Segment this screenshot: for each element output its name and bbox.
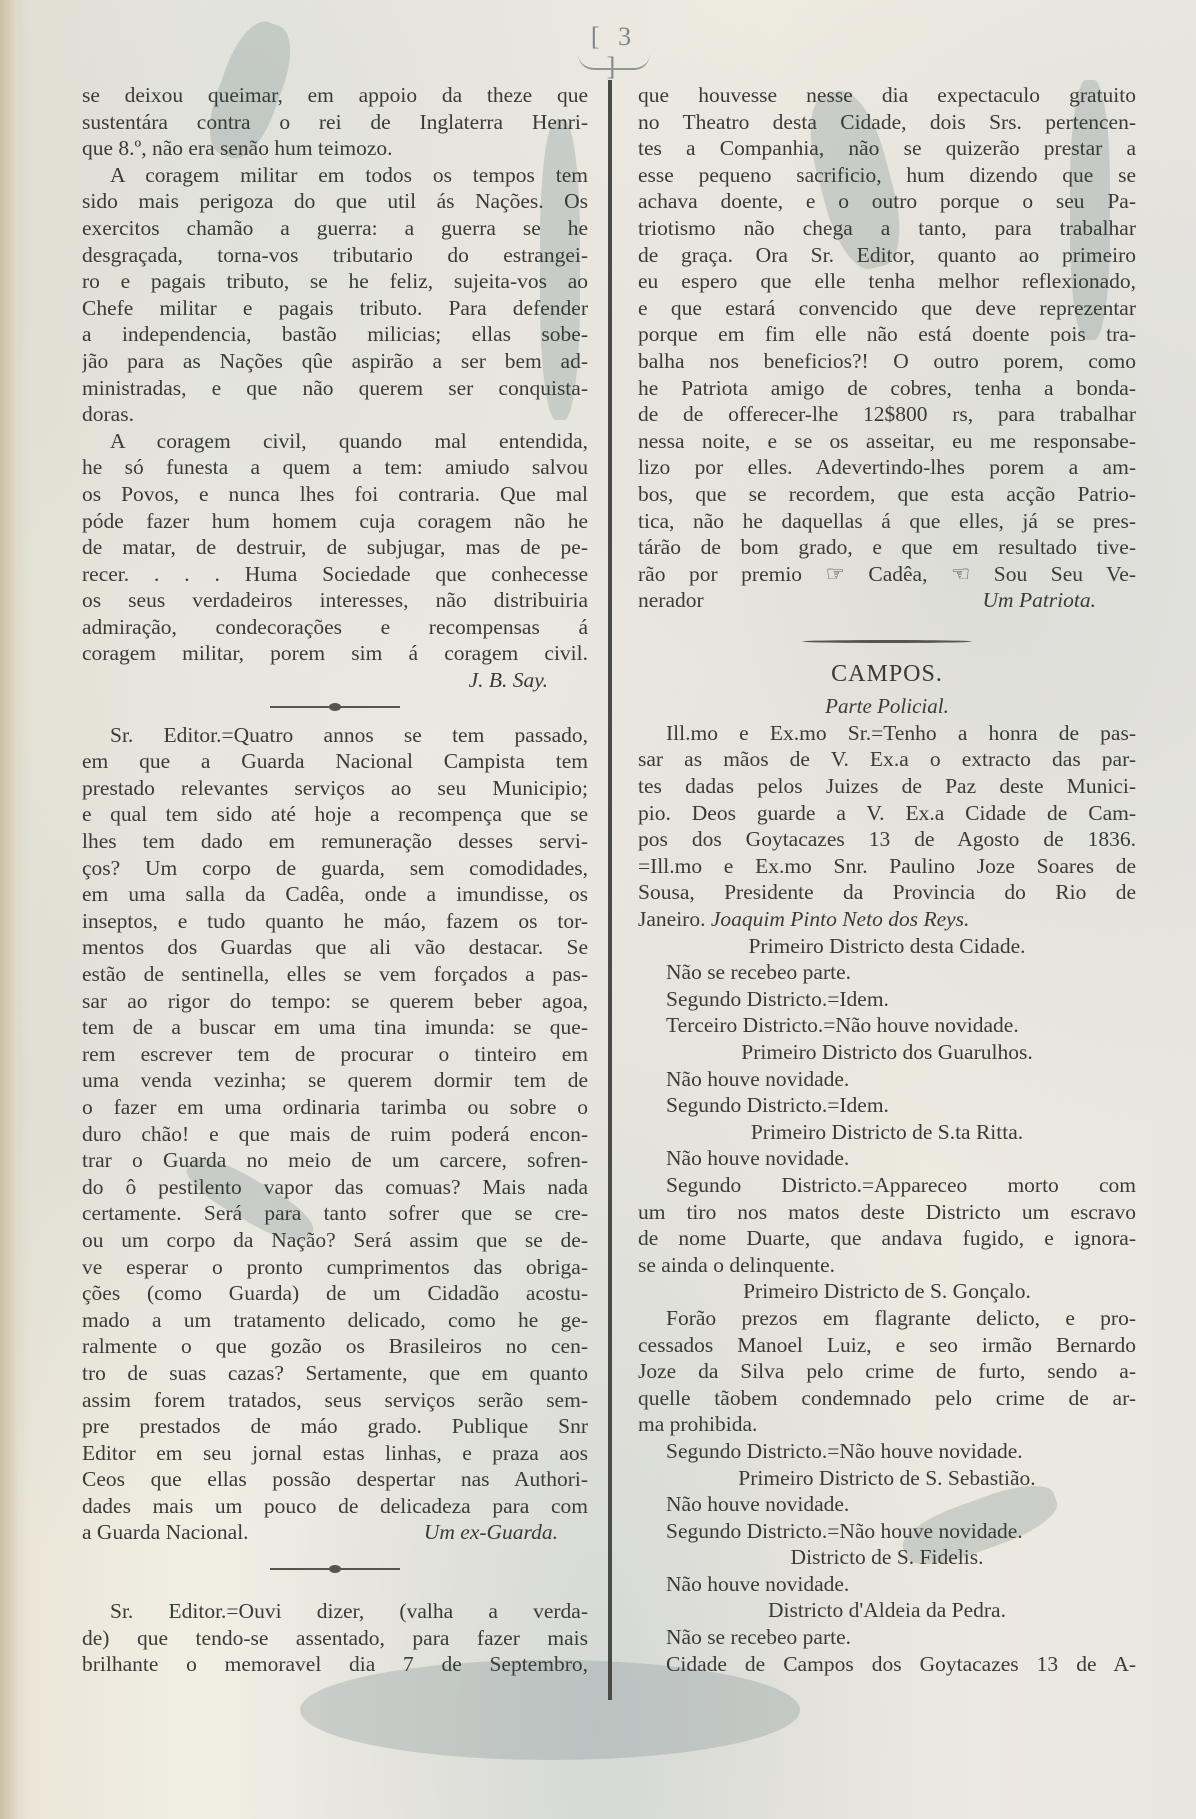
text-line: se deixou queimar, em appoio da theze qu… — [82, 82, 588, 109]
text-line: ou um corpo da Nação? Será assim que se … — [82, 1227, 588, 1254]
district-line: Segundo Districto.=Idem. — [638, 1092, 1136, 1119]
signature-say: J. B. Say. — [82, 667, 588, 694]
ornamental-rule — [82, 1556, 588, 1584]
text-line: de graça. Ora Sr. Editor, quanto ao prim… — [638, 242, 1136, 269]
text-line: pio. Deos guarde a V. Ex.a Cidade de Cam… — [638, 800, 1136, 827]
district-line: Terceiro Districto.=Não houve novidade. — [638, 1012, 1136, 1039]
section-title: CAMPOS. — [638, 656, 1136, 692]
district-line: Joze da Silva pelo crime de furto, sendo… — [638, 1358, 1136, 1385]
text-line: sido mais perigoza do que util ás Nações… — [82, 188, 588, 215]
text-line: do ô pestilento vapor das comuas? Mais n… — [82, 1174, 588, 1201]
district-line: Não houve novidade. — [638, 1491, 1136, 1518]
text-line: ve esperar o pronto cumprimentos das obr… — [82, 1254, 588, 1281]
text-line: trar o Guarda no meio de um carcere, sof… — [82, 1147, 588, 1174]
district-title: Primeiro Districto de S. Sebastião. — [638, 1465, 1136, 1492]
text-line: de matar, de destruir, de subjugar, mas … — [82, 534, 588, 561]
text-line: nerador Um Patriota. — [638, 587, 1136, 614]
district-line: de nome Duarte, que andava fugido, e ign… — [638, 1225, 1136, 1252]
text-line: tes dadas pelos Juizes de Paz deste Muni… — [638, 773, 1136, 800]
district-line: Segundo Districto.=Idem. — [638, 986, 1136, 1013]
text-line: rem escrever tem de procurar o tinteiro … — [82, 1041, 588, 1068]
text-line: e qual tem sido até hoje a recompença qu… — [82, 801, 588, 828]
text-line: triotismo não chega a tanto, para trabal… — [638, 215, 1136, 242]
text-line: nessa noite, e se os asseitar, eu me res… — [638, 428, 1136, 455]
text-line: esse pequeno sacrificio, hum dizendo que… — [638, 162, 1136, 189]
page-number-brace — [578, 54, 650, 70]
text-line: de de offerecer-lhe 12$800 rs, para trab… — [638, 401, 1136, 428]
text-line: brilhante o memoravel dia 7 de Septembro… — [82, 1651, 588, 1678]
left-column: se deixou queimar, em appoio da theze qu… — [82, 82, 588, 1678]
text-line: dades mais um pouco de delicadeza para c… — [82, 1493, 588, 1520]
text-line: em que a Guarda Nacional Campista tem — [82, 748, 588, 775]
text-line: rão por premio ☞ Cadêa, ☜ Sou Seu Ve- — [638, 561, 1136, 588]
text-line: os seus verdadeiros interesses, não dist… — [82, 587, 588, 614]
text-line: duro chão! e que mais de ruim poderá enc… — [82, 1121, 588, 1148]
text-line: em uma salla da Cadêa, onde a imundisse,… — [82, 881, 588, 908]
text-line: inseptos, e tudo quanto he máo, fazem os… — [82, 908, 588, 935]
text-line: a independencia, bastão milicias; ellas … — [82, 321, 588, 348]
text-line: porque em fim elle não está doente pois … — [638, 321, 1136, 348]
district-line: Segundo Districto.=Não houve novidade. — [638, 1438, 1136, 1465]
text-line: A coragem civil, quando mal entendida, — [82, 428, 588, 455]
district-line: Não houve novidade. — [638, 1145, 1136, 1172]
text-line: Chefe militar e pagais tributo. Para def… — [82, 295, 588, 322]
text-line: certamente. Será para tanto sofrer que s… — [82, 1200, 588, 1227]
text-line: mentos dos Guardas que ali vão destacar.… — [82, 934, 588, 961]
district-line: quelle tãobem condemnado pelo crime de a… — [638, 1385, 1136, 1412]
text-line: sar as mãos de V. Ex.a o extracto das pa… — [638, 746, 1136, 773]
text-line: ro e pagais tributo, se he feliz, sujeit… — [82, 268, 588, 295]
text-line: coragem militar, porem sim á coragem civ… — [82, 640, 588, 667]
text-line: e que estará convencido que deve repreze… — [638, 295, 1136, 322]
text-line: que 8.º, não era senão hum teimozo. — [82, 135, 588, 162]
ornamental-rule — [82, 694, 588, 722]
text-line: lizo por elles. Adevertindo-lhes porem a… — [638, 454, 1136, 481]
text-line: ções (como Guarda) de um Cidadão acostu- — [82, 1280, 588, 1307]
district-line: Segundo Districto.=Não houve novidade. — [638, 1518, 1136, 1545]
district-line: Não se recebeo parte. — [638, 959, 1136, 986]
district-line: Forão prezos em flagrante delicto, e pro… — [638, 1305, 1136, 1332]
text-line-end: nerador — [638, 588, 704, 612]
text-line: prestado relevantes serviços ao seu Muni… — [82, 775, 588, 802]
text-line: achava doente, e o outro porque o seu Pa… — [638, 188, 1136, 215]
text-line: ços? Um corpo de guarda, sem comodidades… — [82, 855, 588, 882]
district-line: Segundo Districto.=Appareceo morto com — [638, 1172, 1136, 1199]
text-line: desgraçada, torna-vos tributario do estr… — [82, 242, 588, 269]
district-title: Districto de S. Fidelis. — [638, 1544, 1136, 1571]
text-line: Janeiro. Joaquim Pinto Neto dos Reys. — [638, 906, 1136, 933]
text-line: Ill.mo e Ex.mo Sr.=Tenho a honra de pas- — [638, 720, 1136, 747]
text-line: de) que tendo-se assentado, para fazer m… — [82, 1625, 588, 1652]
section-rule — [638, 628, 1136, 656]
text-line: recer. . . . Huma Sociedade que conheces… — [82, 561, 588, 588]
text-line: doras. — [82, 401, 588, 428]
text-line: Sr. Editor.=Quatro annos se tem passado, — [82, 722, 588, 749]
text-line: bos, que se recordem, que esta acção Pat… — [638, 481, 1136, 508]
district-line: Não se recebeo parte. — [638, 1624, 1136, 1651]
right-column: que houvesse nesse dia expectaculo gratu… — [638, 82, 1136, 1677]
text-line: tárão de bom grado, e que em resultado t… — [638, 534, 1136, 561]
text-line: assim forem tratados, seus serviços serã… — [82, 1387, 588, 1414]
report-signatory: Joaquim Pinto Neto dos Reys. — [711, 907, 970, 931]
text-line: =Ill.mo e Ex.mo Snr. Paulino Joze Soares… — [638, 853, 1136, 880]
text-line: póde fazer hum homem cuja coragem não he — [82, 508, 588, 535]
text-line: sustentára contra o rei de Inglaterra He… — [82, 109, 588, 136]
text-line: he Patriota amigo de cobres, tenha a bon… — [638, 375, 1136, 402]
text-line: uma venda vezinha; se querem dormir tem … — [82, 1067, 588, 1094]
district-line: ma prohibida. — [638, 1411, 1136, 1438]
text-line: Sr. Editor.=Ouvi dizer, (valha a verda- — [82, 1598, 588, 1625]
text-line: admiração, condecorações e recompensas á — [82, 614, 588, 641]
district-title: Districto d'Aldeia da Pedra. — [638, 1597, 1136, 1624]
text-line: balha nos beneficios?! O outro porem, co… — [638, 348, 1136, 375]
text-line: A coragem militar em todos os tempos tem — [82, 162, 588, 189]
district-line: Não houve novidade. — [638, 1571, 1136, 1598]
district-title: Primeiro Districto desta Cidade. — [638, 933, 1136, 960]
section-subtitle: Parte Policial. — [638, 692, 1136, 720]
signature-ex-guarda: Um ex-Guarda. — [424, 1519, 558, 1546]
text-line: tes a Companhia, não se quizerão prestar… — [638, 135, 1136, 162]
text-line: pos dos Goytacazes 13 de Agosto de 1836. — [638, 826, 1136, 853]
text-line: tica, não he daquellas á que elles, já s… — [638, 508, 1136, 535]
closing-line: Cidade de Campos dos Goytacazes 13 de A- — [638, 1651, 1136, 1678]
district-title: Primeiro Districto de S.ta Ritta. — [638, 1119, 1136, 1146]
text-line-start: Janeiro. — [638, 907, 705, 931]
text-line: lhes tem dado em remuneração desses serv… — [82, 828, 588, 855]
text-line: eu espero que elle tenha melhor reflexio… — [638, 268, 1136, 295]
district-line: cessados Manoel Luiz, e seo irmão Bernar… — [638, 1332, 1136, 1359]
text-line: he só funesta a quem a tem: amiudo salvo… — [82, 454, 588, 481]
district-line: um tiro nos matos deste Districto um esc… — [638, 1199, 1136, 1226]
text-line: jão para as Nações qûe aspirão a ser bem… — [82, 348, 588, 375]
text-line: Editor em seu jornal estas linhas, e pra… — [82, 1440, 588, 1467]
text-line: que houvesse nesse dia expectaculo gratu… — [638, 82, 1136, 109]
text-line-end: a Guarda Nacional. — [82, 1520, 249, 1544]
text-line: Sousa, Presidente da Provincia do Rio de — [638, 879, 1136, 906]
district-line: Não houve novidade. — [638, 1066, 1136, 1093]
signature-patriota: Um Patriota. — [983, 587, 1096, 614]
text-line: Ceos que ellas possão despertar nas Auth… — [82, 1466, 588, 1493]
text-line: os Povos, e nunca lhes foi contraria. Qu… — [82, 481, 588, 508]
district-title: Primeiro Districto de S. Gonçalo. — [638, 1278, 1136, 1305]
text-line: no Theatro desta Cidade, dois Srs. perte… — [638, 109, 1136, 136]
column-divider — [608, 80, 612, 1700]
text-line: o fazer em uma ordinaria tarimba ou sobr… — [82, 1094, 588, 1121]
district-line: se ainda o delinquente. — [638, 1252, 1136, 1279]
newspaper-page: [ 3 ] se deixou queimar, em appoio da th… — [0, 0, 1196, 1819]
page-number: [ 3 ] — [584, 22, 644, 82]
text-line: ralmente o que gozão os Brasileiros no c… — [82, 1333, 588, 1360]
text-line: a Guarda Nacional. Um ex-Guarda. — [82, 1519, 588, 1546]
text-line: mado a um tratamento delicado, como he g… — [82, 1307, 588, 1334]
text-line: estão de sentinella, elles se vem forçad… — [82, 961, 588, 988]
text-line: tem de a buscar em uma tina imunda: se q… — [82, 1014, 588, 1041]
text-line: ministradas, e que não querem ser conqui… — [82, 375, 588, 402]
district-title: Primeiro Districto dos Guarulhos. — [638, 1039, 1136, 1066]
text-line: sar ao rigor do tempo: se querem beber a… — [82, 988, 588, 1015]
text-line: tro de suas cazas? Sertamente, que em qu… — [82, 1360, 588, 1387]
binding-spine — [0, 0, 18, 1819]
text-line: exercitos chamão a guerra: a guerra se h… — [82, 215, 588, 242]
text-line: pre prestados de máo grado. Publique Snr — [82, 1413, 588, 1440]
